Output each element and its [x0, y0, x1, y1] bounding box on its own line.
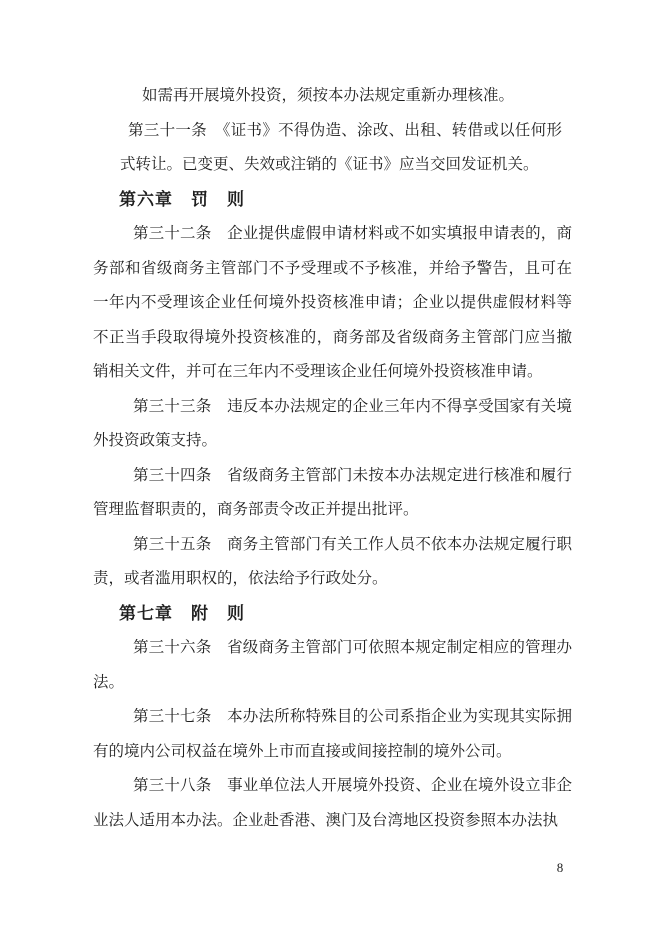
document-page: 如需再开展境外投资，须按本办法规定重新办理核准。 第三十一条 《证书》不得伪造、… [0, 0, 661, 935]
chapter-heading-6-penalties: 第六章 罚 则 [93, 183, 572, 218]
paragraph-article-38: 第三十八条 事业单位法人开展境外投资、企业在境外设立非企业法人适用本办法。企业赴… [93, 769, 572, 838]
paragraph-continuation-article-30: 如需再开展境外投资，须按本办法规定重新办理核准。 [120, 79, 562, 114]
paragraph-article-37: 第三十七条 本办法所称特殊目的公司系指企业为实现其实际拥有的境内公司权益在境外上… [93, 700, 572, 769]
paragraph-article-35: 第三十五条 商务主管部门有关工作人员不依本办法规定履行职责，或者滥用职权的，依法… [93, 528, 572, 597]
chapter-heading-7-supplementary: 第七章 附 则 [93, 597, 572, 632]
document-body: 如需再开展境外投资，须按本办法规定重新办理核准。 第三十一条 《证书》不得伪造、… [93, 79, 572, 838]
paragraph-article-33: 第三十三条 违反本办法规定的企业三年内不得享受国家有关境外投资政策支持。 [93, 390, 572, 459]
paragraph-article-31: 第三十一条 《证书》不得伪造、涂改、出租、转借或以任何形式转让。已变更、失效或注… [120, 114, 562, 183]
paragraph-article-32: 第三十二条 企业提供虚假申请材料或不如实填报申请表的，商务部和省级商务主管部门不… [93, 217, 572, 390]
page-number: 8 [550, 860, 570, 876]
paragraph-article-34: 第三十四条 省级商务主管部门未按本办法规定进行核准和履行管理监督职责的，商务部责… [93, 459, 572, 528]
paragraph-article-36: 第三十六条 省级商务主管部门可依照本规定制定相应的管理办法。 [93, 631, 572, 700]
